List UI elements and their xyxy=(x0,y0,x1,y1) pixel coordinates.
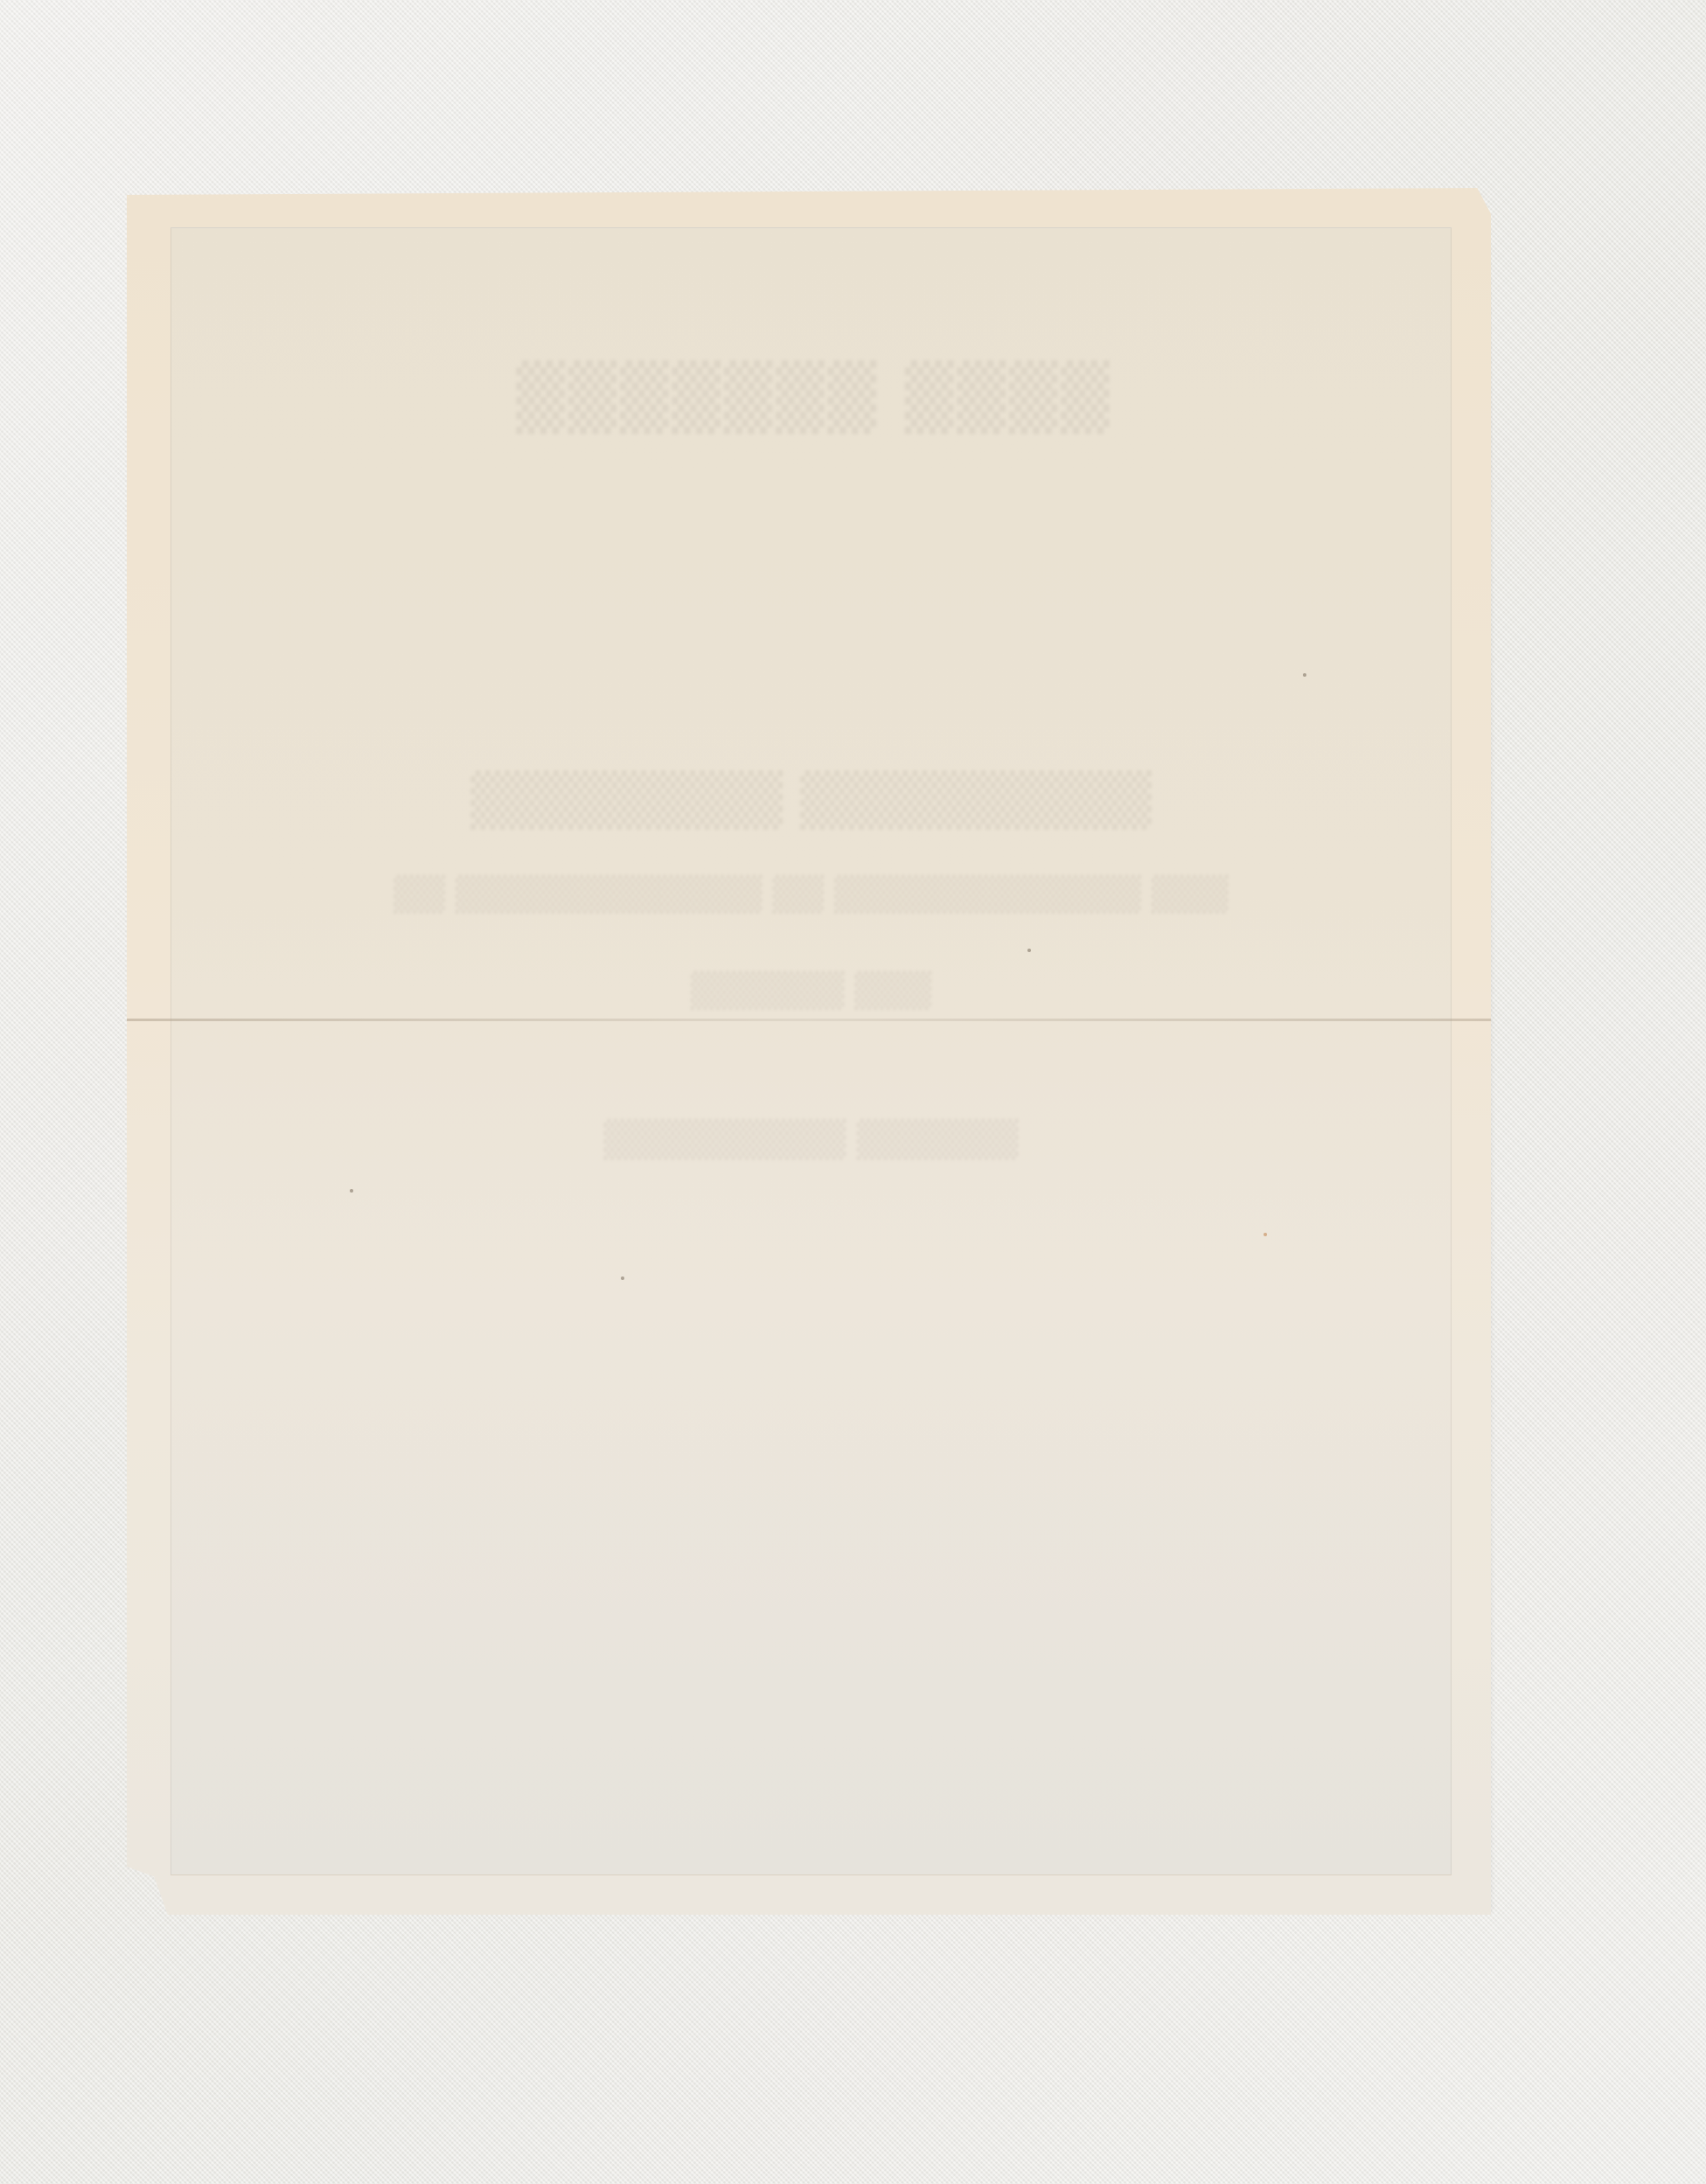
bleed-through-line: ▒▒▒ ▒▒▒▒▒▒▒▒▒▒▒▒ ▒▒ ▒▒▒▒▒▒▒▒▒▒▒▒ ▒▒ xyxy=(171,875,1451,914)
printed-panel: ▒▒▒▒ ▒▒▒▒▒▒▒ ▒▒▒▒▒▒▒▒▒ ▒▒▒▒▒▒▒▒ ▒▒▒ ▒▒▒▒… xyxy=(171,227,1452,1875)
bleed-through-line: ▒▒▒▒▒▒▒▒▒ ▒▒▒▒▒▒▒▒ xyxy=(171,770,1451,830)
paper-card: ▒▒▒▒ ▒▒▒▒▒▒▒ ▒▒▒▒▒▒▒▒▒ ▒▒▒▒▒▒▒▒ ▒▒▒ ▒▒▒▒… xyxy=(127,188,1491,1915)
paper-speck xyxy=(621,1276,624,1280)
bleed-through-line: ▒▒▒ ▒▒▒▒▒▒ xyxy=(171,971,1451,1010)
paper-speck xyxy=(350,1189,353,1193)
fold-crease xyxy=(127,1019,1491,1021)
paper-speck xyxy=(1303,673,1306,677)
paper-speck xyxy=(1027,949,1031,952)
paper-speck xyxy=(1264,1233,1267,1236)
bleed-through-title: ▒▒▒▒ ▒▒▒▒▒▒▒ xyxy=(171,359,1451,434)
bleed-through-line: ▒▒▒▒▒▒ ▒▒▒▒▒▒▒▒▒ xyxy=(171,1120,1451,1160)
